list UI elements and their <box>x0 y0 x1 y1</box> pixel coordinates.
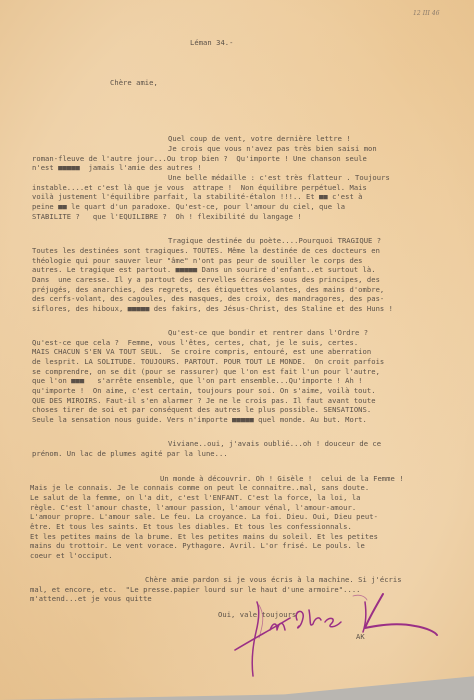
letter-line: Une belle médaille : c'est très flatteur… <box>168 173 390 183</box>
letter-line: Dans une caresse. Il y a partout des cer… <box>32 275 380 285</box>
letter-line: Quel coup de vent, votre dernière lettre… <box>168 134 351 144</box>
letter-line: Viviane..oui, j'avais oublié...oh ! douc… <box>168 439 381 449</box>
letter-line: n'est ■■■■■ jamais l'amie des autres ! <box>32 163 202 173</box>
letter-line: siflores, des hiboux, ■■■■■ des fakirs, … <box>32 304 393 314</box>
letter-line: que l'on ■■■ s'arrête ensemble, que l'on… <box>32 376 363 386</box>
letter-line: prénom. Un lac de plumes agité par la lu… <box>32 449 228 459</box>
letter-line: des cerfs-volant, des cagoules, des masq… <box>32 294 384 304</box>
letter-line: de lesprit. LA SOLITUDE. TOUJOURS. PARTO… <box>32 357 384 367</box>
letter-line: Le salut de la femme, on l'a dit, c'est … <box>30 493 361 503</box>
letter-line: Chère amie pardon si je vous écris à la … <box>145 575 402 585</box>
letter-line: voilà justement l'équilibre parfait, la … <box>32 192 363 202</box>
letter-line: MAIS CHACUN S'EN VA TOUT SEUL. Se croire… <box>32 347 371 357</box>
letter-line: coeur et l'occiput. <box>30 551 113 561</box>
typewritten-letter: 12 III 46 Léman 34.- Chère amie, Quel co… <box>0 0 474 700</box>
letter-line: L'amour propre. L'amour sale. Le feu. La… <box>30 512 378 522</box>
letter-line: Qu'est-ce que bondir et rentrer dans l'O… <box>168 328 368 338</box>
letter-line: être. Et tous les saints. Et tous les di… <box>30 522 352 532</box>
letter-line: Mais je le connais. Je le connais comme … <box>30 483 369 493</box>
letter-line: choses tirer de soi et par conséquent de… <box>32 405 371 415</box>
letter-heading: Léman 34.- <box>190 38 234 48</box>
letter-line: Seule la sensation nous guide. Vers n'im… <box>32 415 367 425</box>
letter-line: mains du trottoir. Le vent vorace. Pytha… <box>30 541 365 551</box>
letter-line: Toutes les destinées sont tragiques. TOU… <box>32 246 380 256</box>
letter-line: peine ■■ le quart d'un paradoxe. Qu'est-… <box>32 202 345 212</box>
letter-line: STABILITE ? que l'EQUILIBRE ? Oh ! flexi… <box>32 212 302 222</box>
letter-line: Je crois que vous n'avez pas très bien s… <box>168 144 377 154</box>
handwritten-signature <box>215 590 445 685</box>
letter-line: Tragique destinée du poète....Pourquoi T… <box>168 236 381 246</box>
salutation: Chère amie, <box>110 78 158 88</box>
letter-line: qu'importe ! On aime, c'est certain, tou… <box>32 386 376 396</box>
letter-line: autres. Le tragique est partout. ■■■■■ D… <box>32 265 376 275</box>
date-annotation: 12 III 46 <box>413 10 440 17</box>
letter-line: m'attend...et je vous quitte <box>30 594 152 604</box>
